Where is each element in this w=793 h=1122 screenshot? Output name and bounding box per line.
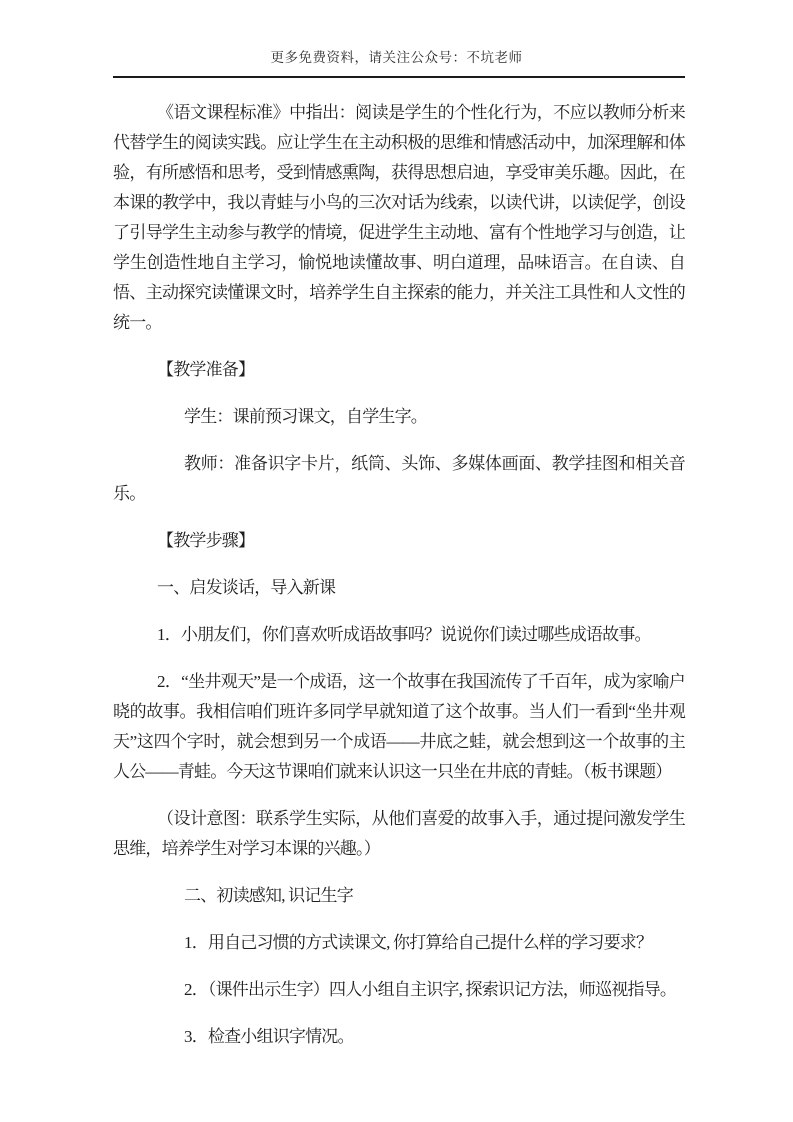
step-two-item-2: 2．（课件出示生字）四人小组自主识字, 探索识记方法，师巡视指导。 [113,975,685,1005]
document-page: 更多免费资料，请关注公众号：不坑老师 《语文课程标准》中指出：阅读是学生的个性化… [0,0,793,1122]
paragraph-teacher-preparation: 教师：准备识字卡片，纸筒、头饰、多媒体画面、教学挂图和相关音乐。 [113,449,685,509]
header-notice-text: 更多免费资料，请关注公众号：不坑老师 [0,49,793,67]
page-header: 更多免费资料，请关注公众号：不坑老师 [0,0,793,78]
document-body: 《语文课程标准》中指出：阅读是学生的个性化行为，不应以教师分析来代替学生的阅读实… [113,98,685,1052]
step-one-item-1: 1．小朋友们，你们喜欢听成语故事吗？说说你们读过哪些成语故事。 [113,620,685,650]
paragraph-curriculum-intro: 《语文课程标准》中指出：阅读是学生的个性化行为，不应以教师分析来代替学生的阅读实… [113,98,685,338]
step-one-item-2: 2．“坐井观天”是一个成语，这一个故事在我国流传了千百年，成为家喻户晓的故事。我… [113,667,685,787]
step-two-item-1: 1．用自己习惯的方式读课文, 你打算给自己提什么样的学习要求？ [113,928,685,958]
step-two-heading: 二、初读感知, 识记生字 [113,881,685,911]
design-intent-note: （设计意图：联系学生实际，从他们喜爱的故事入手，通过提问激发学生思维，培养学生对… [113,804,685,864]
step-one-heading: 一、启发谈话，导入新课 [113,573,685,603]
step-two-item-3: 3．检查小组识字情况。 [113,1022,685,1052]
section-heading-teaching-steps: 【教学步骤】 [113,526,685,556]
paragraph-student-preparation: 学生：课前预习课文，自学生字。 [113,402,685,432]
section-heading-teaching-preparation: 【教学准备】 [113,355,685,385]
header-divider-line [113,76,685,78]
